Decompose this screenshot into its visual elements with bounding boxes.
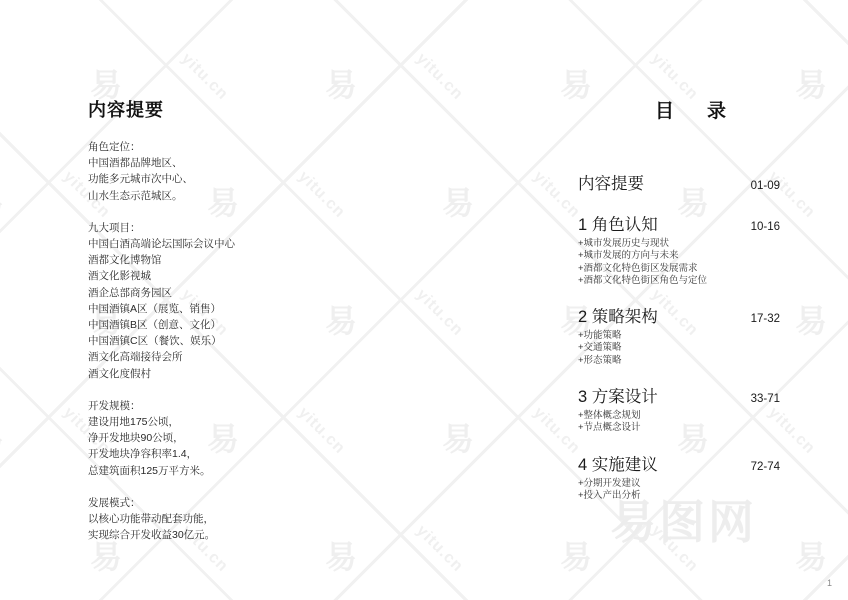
summary-line: 中国酒镇C区（餐饮、娱乐）: [88, 333, 418, 349]
toc-title: 目 录: [655, 96, 733, 123]
watermark-glyph: 易: [442, 178, 474, 224]
toc-subitem: +分期开发建议: [578, 478, 780, 490]
watermark-glyph: 易: [0, 414, 4, 460]
summary-line: 酒企总部商务园区: [88, 285, 418, 301]
toc-entry-pages: 17-32: [751, 313, 780, 325]
content-summary: 内容提要 角色定位： 中国酒都品牌地区、 功能多元城市次中心、 山水生态示范城区…: [88, 96, 418, 559]
watermark-glyph: 易: [795, 532, 827, 578]
toc-subitem: +形态策略: [578, 355, 780, 367]
toc-entry-label: 4 实施建议: [578, 455, 658, 476]
toc-subitem: +节点概念设计: [578, 422, 780, 434]
toc-entry-chapter1: 1 角色认知 10-16 +城市发展历史与现状 +城市发展的方向与未来 +酒都文…: [578, 215, 780, 287]
toc-entry-label: 2 策略架构: [578, 307, 658, 328]
watermark-glyph: 易: [795, 60, 827, 106]
toc-subitem: +城市发展的方向与未来: [578, 250, 780, 262]
summary-section-model: 发展模式： 以核心功能带动配套功能， 实现综合开发收益30亿元。: [88, 495, 418, 544]
summary-line: 净开发地块90公顷，: [88, 430, 418, 446]
watermark-domain: yitu.cn: [529, 404, 583, 458]
watermark-glyph: 易: [560, 60, 592, 106]
section-heading: 九大项目：: [88, 220, 418, 236]
toc-entry-label: 3 方案设计: [578, 387, 658, 408]
toc-entry-chapter4: 4 实施建议 72-74 +分期开发建议 +投入产出分析: [578, 455, 780, 503]
toc-row: 1 角色认知 10-16: [578, 215, 780, 236]
watermark-domain: yitu.cn: [412, 522, 466, 576]
toc-row: 4 实施建议 72-74: [578, 455, 780, 476]
toc-row: 2 策略架构 17-32: [578, 307, 780, 328]
table-of-contents: 内容提要 01-09 1 角色认知 10-16 +城市发展历史与现状 +城市发展…: [578, 174, 780, 522]
watermark-domain: yitu.cn: [529, 168, 583, 222]
summary-section-role: 角色定位： 中国酒都品牌地区、 功能多元城市次中心、 山水生态示范城区。: [88, 139, 418, 204]
toc-subitems: +城市发展历史与现状 +城市发展的方向与未来 +酒都文化特色街区发展需求 +酒都…: [578, 238, 780, 287]
document-page: 易yitu.cn易yitu.cn易yitu.cn易yitu.cn易yitu.cn…: [0, 0, 848, 600]
section-heading: 开发规模：: [88, 398, 418, 414]
toc-entry-pages: 72-74: [751, 461, 780, 473]
toc-subitem: +功能策略: [578, 330, 780, 342]
summary-line: 中国酒镇B区（创意、文化）: [88, 317, 418, 333]
toc-subitem: +整体概念规划: [578, 410, 780, 422]
toc-subitem: +投入产出分析: [578, 490, 780, 502]
watermark-glyph: 易: [795, 296, 827, 342]
toc-entry-summary: 内容提要 01-09: [578, 174, 780, 195]
summary-line: 中国酒镇A区（展览、销售）: [88, 301, 418, 317]
summary-line: 酒文化度假村: [88, 366, 418, 382]
toc-subitems: +分期开发建议 +投入产出分析: [578, 478, 780, 503]
watermark-glyph: 易: [442, 414, 474, 460]
summary-line: 实现综合开发收益30亿元。: [88, 527, 418, 543]
watermark-domain: yitu.cn: [647, 522, 701, 576]
watermark-glyph: 易: [0, 178, 4, 224]
summary-line: 开发地块净容积率1.4，: [88, 446, 418, 462]
summary-line: 总建筑面积125万平方米。: [88, 463, 418, 479]
summary-line: 酒都文化博物馆: [88, 252, 418, 268]
toc-row: 内容提要 01-09: [578, 174, 780, 195]
section-heading: 发展模式：: [88, 495, 418, 511]
summary-line: 以核心功能带动配套功能，: [88, 511, 418, 527]
toc-entry-pages: 01-09: [751, 180, 780, 192]
summary-title: 内容提要: [88, 96, 418, 122]
summary-line: 酒文化高端接待会所: [88, 349, 418, 365]
toc-entry-label: 内容提要: [578, 174, 644, 195]
section-heading: 角色定位：: [88, 139, 418, 155]
summary-section-projects: 九大项目： 中国白酒高端论坛国际会议中心 酒都文化博物馆 酒文化影视城 酒企总部…: [88, 220, 418, 382]
summary-line: 功能多元城市次中心、: [88, 171, 418, 187]
toc-subitem: +城市发展历史与现状: [578, 238, 780, 250]
summary-line: 酒文化影视城: [88, 268, 418, 284]
toc-subitem: +交通策略: [578, 342, 780, 354]
page-number: 1: [827, 578, 832, 588]
toc-entry-label: 1 角色认知: [578, 215, 658, 236]
toc-entry-chapter3: 3 方案设计 33-71 +整体概念规划 +节点概念设计: [578, 387, 780, 435]
summary-line: 中国酒都品牌地区、: [88, 155, 418, 171]
watermark-glyph: 易: [560, 532, 592, 578]
toc-subitem: +酒都文化特色街区角色与定位: [578, 275, 780, 287]
watermark-domain: yitu.cn: [412, 286, 466, 340]
toc-entry-chapter2: 2 策略架构 17-32 +功能策略 +交通策略 +形态策略: [578, 307, 780, 367]
summary-section-scale: 开发规模： 建设用地175公顷， 净开发地块90公顷， 开发地块净容积率1.4，…: [88, 398, 418, 479]
toc-subitems: +功能策略 +交通策略 +形态策略: [578, 330, 780, 367]
watermark-domain: yitu.cn: [412, 50, 466, 104]
toc-row: 3 方案设计 33-71: [578, 387, 780, 408]
toc-subitems: +整体概念规划 +节点概念设计: [578, 410, 780, 435]
summary-line: 中国白酒高端论坛国际会议中心: [88, 236, 418, 252]
toc-entry-pages: 10-16: [751, 221, 780, 233]
summary-line: 山水生态示范城区。: [88, 188, 418, 204]
toc-subitem: +酒都文化特色街区发展需求: [578, 263, 780, 275]
toc-entry-pages: 33-71: [751, 393, 780, 405]
summary-line: 建设用地175公顷，: [88, 414, 418, 430]
